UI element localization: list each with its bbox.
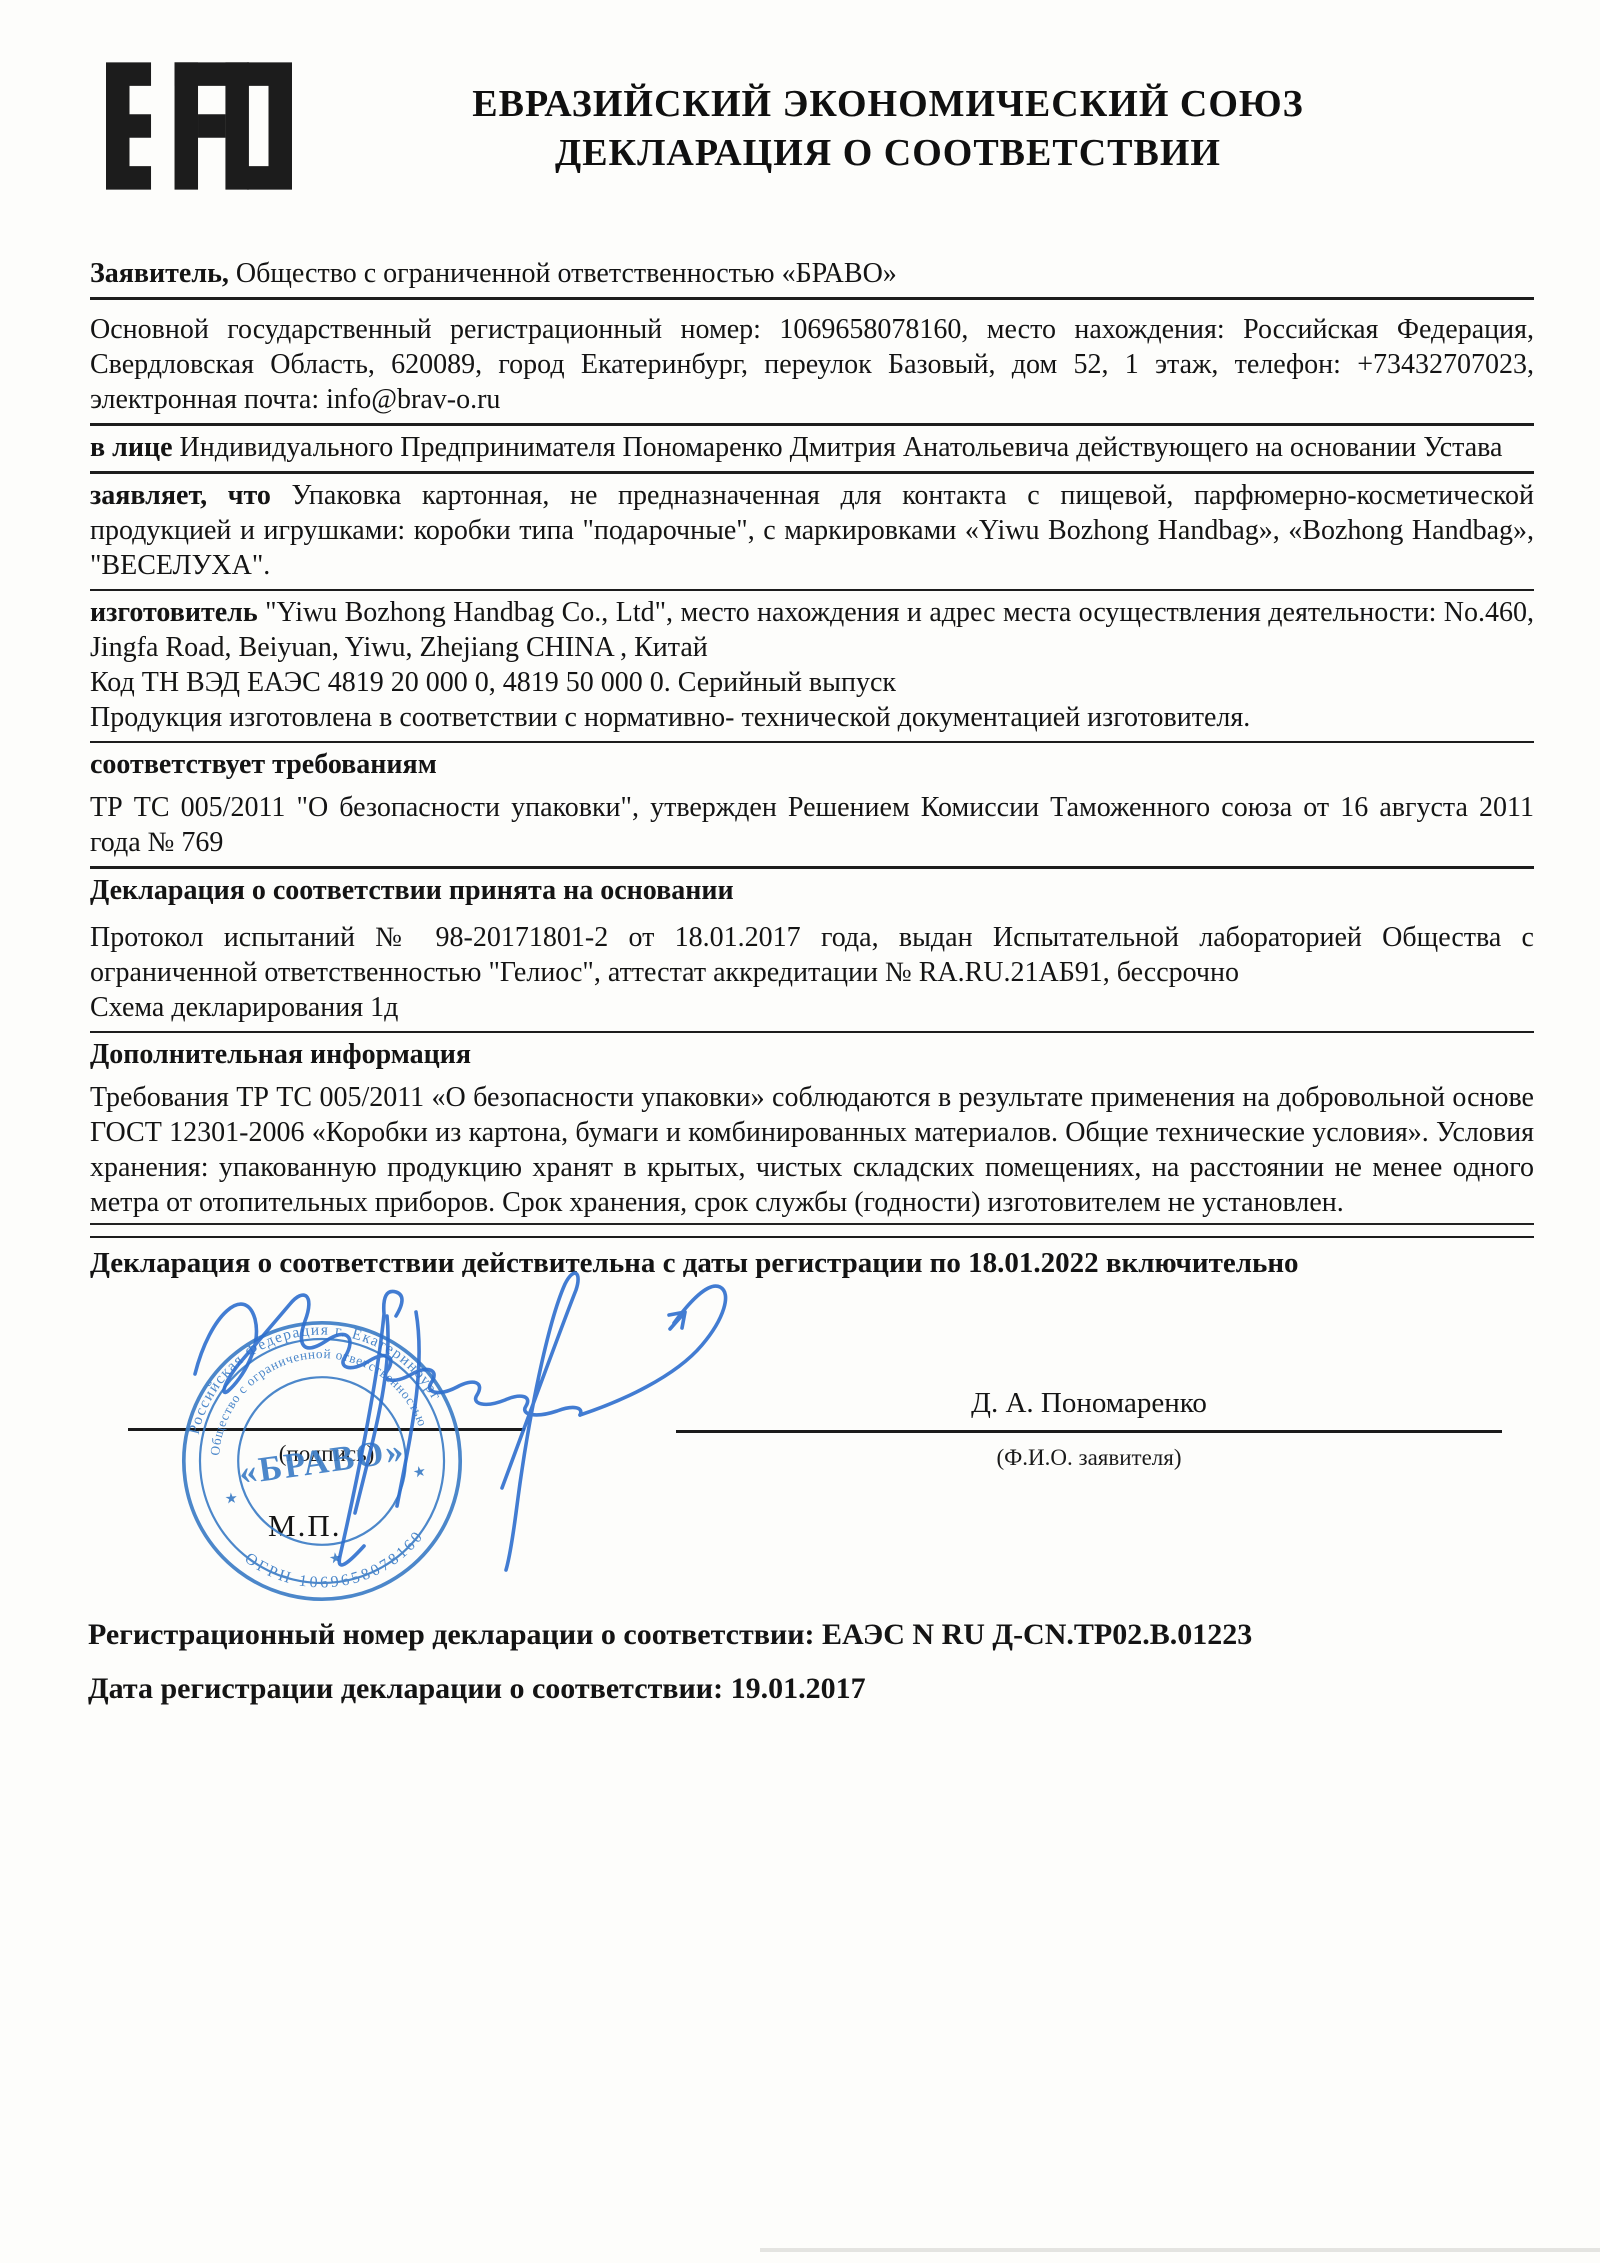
basis-section: Декларация о соответствии принята на осн…: [90, 869, 1534, 1033]
title-line-declaration: ДЕКЛАРАЦИЯ О СООТВЕТСТВИИ: [250, 129, 1526, 178]
registration-info-section: Основной государственный регистрационный…: [90, 300, 1534, 426]
declares-value: Упаковка картонная, не предназначенная д…: [90, 480, 1534, 581]
test-protocol-line: Протокол испытаний № 98-20171801-2 от 18…: [90, 920, 1534, 990]
compliance-heading: соответствует требованиям: [90, 747, 1534, 782]
additional-info-section: Дополнительная информация Требования ТР …: [90, 1033, 1534, 1238]
additional-info-heading: Дополнительная информация: [90, 1037, 1534, 1072]
compliance-text: ТР ТС 005/2011 "О безопасности упаковки"…: [90, 790, 1534, 860]
additional-info-text: Требования ТР ТС 005/2011 «О безопасност…: [90, 1080, 1534, 1225]
in-person-section: в лице Индивидуального Предпринимателя П…: [90, 426, 1534, 474]
title-line-union: ЕВРАЗИЙСКИЙ ЭКОНОМИЧЕСКИЙ СОЮЗ: [250, 80, 1526, 129]
applicant-section: Заявитель, Общество с ограниченной ответ…: [90, 252, 1534, 300]
signature-ink: [150, 1256, 810, 1608]
in-person-value: Индивидуального Предпринимателя Пономаре…: [173, 432, 1503, 463]
manufacturer-value: "Yiwu Bozhong Handbag Co., Ltd", место н…: [90, 597, 1534, 663]
compliance-section: соответствует требованиям ТР ТС 005/2011…: [90, 743, 1534, 869]
in-person-label: в лице: [90, 432, 173, 463]
signature-arrow-mark: [669, 1312, 685, 1329]
applicant-label: Заявитель,: [90, 258, 229, 289]
registration-footer: Регистрационный номер декларации о соотв…: [88, 1616, 1538, 1708]
registration-number-line: Регистрационный номер декларации о соотв…: [88, 1616, 1538, 1654]
declares-section: заявляет, что Упаковка картонная, не пре…: [90, 474, 1534, 591]
signature-long-stroke-2: [355, 1312, 419, 1513]
signature-long-stroke-1: [339, 1291, 402, 1564]
basis-heading: Декларация о соответствии принята на осн…: [90, 873, 1534, 908]
applicant-value: Общество с ограниченной ответственностью…: [229, 258, 897, 289]
scanned-declaration-page: { "header": { "logo_name": "eac-mark", "…: [0, 0, 1600, 2263]
scan-artifact: [760, 2248, 1600, 2252]
registration-paragraph: Основной государственный регистрационный…: [90, 312, 1534, 417]
declares-label: заявляет, что: [90, 480, 271, 511]
ntd-line: Продукция изготовлена в соответствии с н…: [90, 700, 1534, 735]
declaration-scheme-line: Схема декларирования 1д: [90, 990, 1534, 1025]
registration-date-line: Дата регистрации декларации о соответств…: [88, 1670, 1538, 1708]
tnved-code-line: Код ТН ВЭД ЕАЭС 4819 20 000 0, 4819 50 0…: [90, 665, 1534, 700]
document-body: Заявитель, Общество с ограниченной ответ…: [90, 252, 1534, 1281]
signature-tall-loop: [502, 1273, 578, 1570]
signature-flourish: [580, 1286, 726, 1415]
document-title: ЕВРАЗИЙСКИЙ ЭКОНОМИЧЕСКИЙ СОЮЗ ДЕКЛАРАЦИ…: [250, 80, 1526, 178]
manufacturer-section: изготовитель "Yiwu Bozhong Handbag Co., …: [90, 591, 1534, 743]
manufacturer-label: изготовитель: [90, 597, 258, 628]
